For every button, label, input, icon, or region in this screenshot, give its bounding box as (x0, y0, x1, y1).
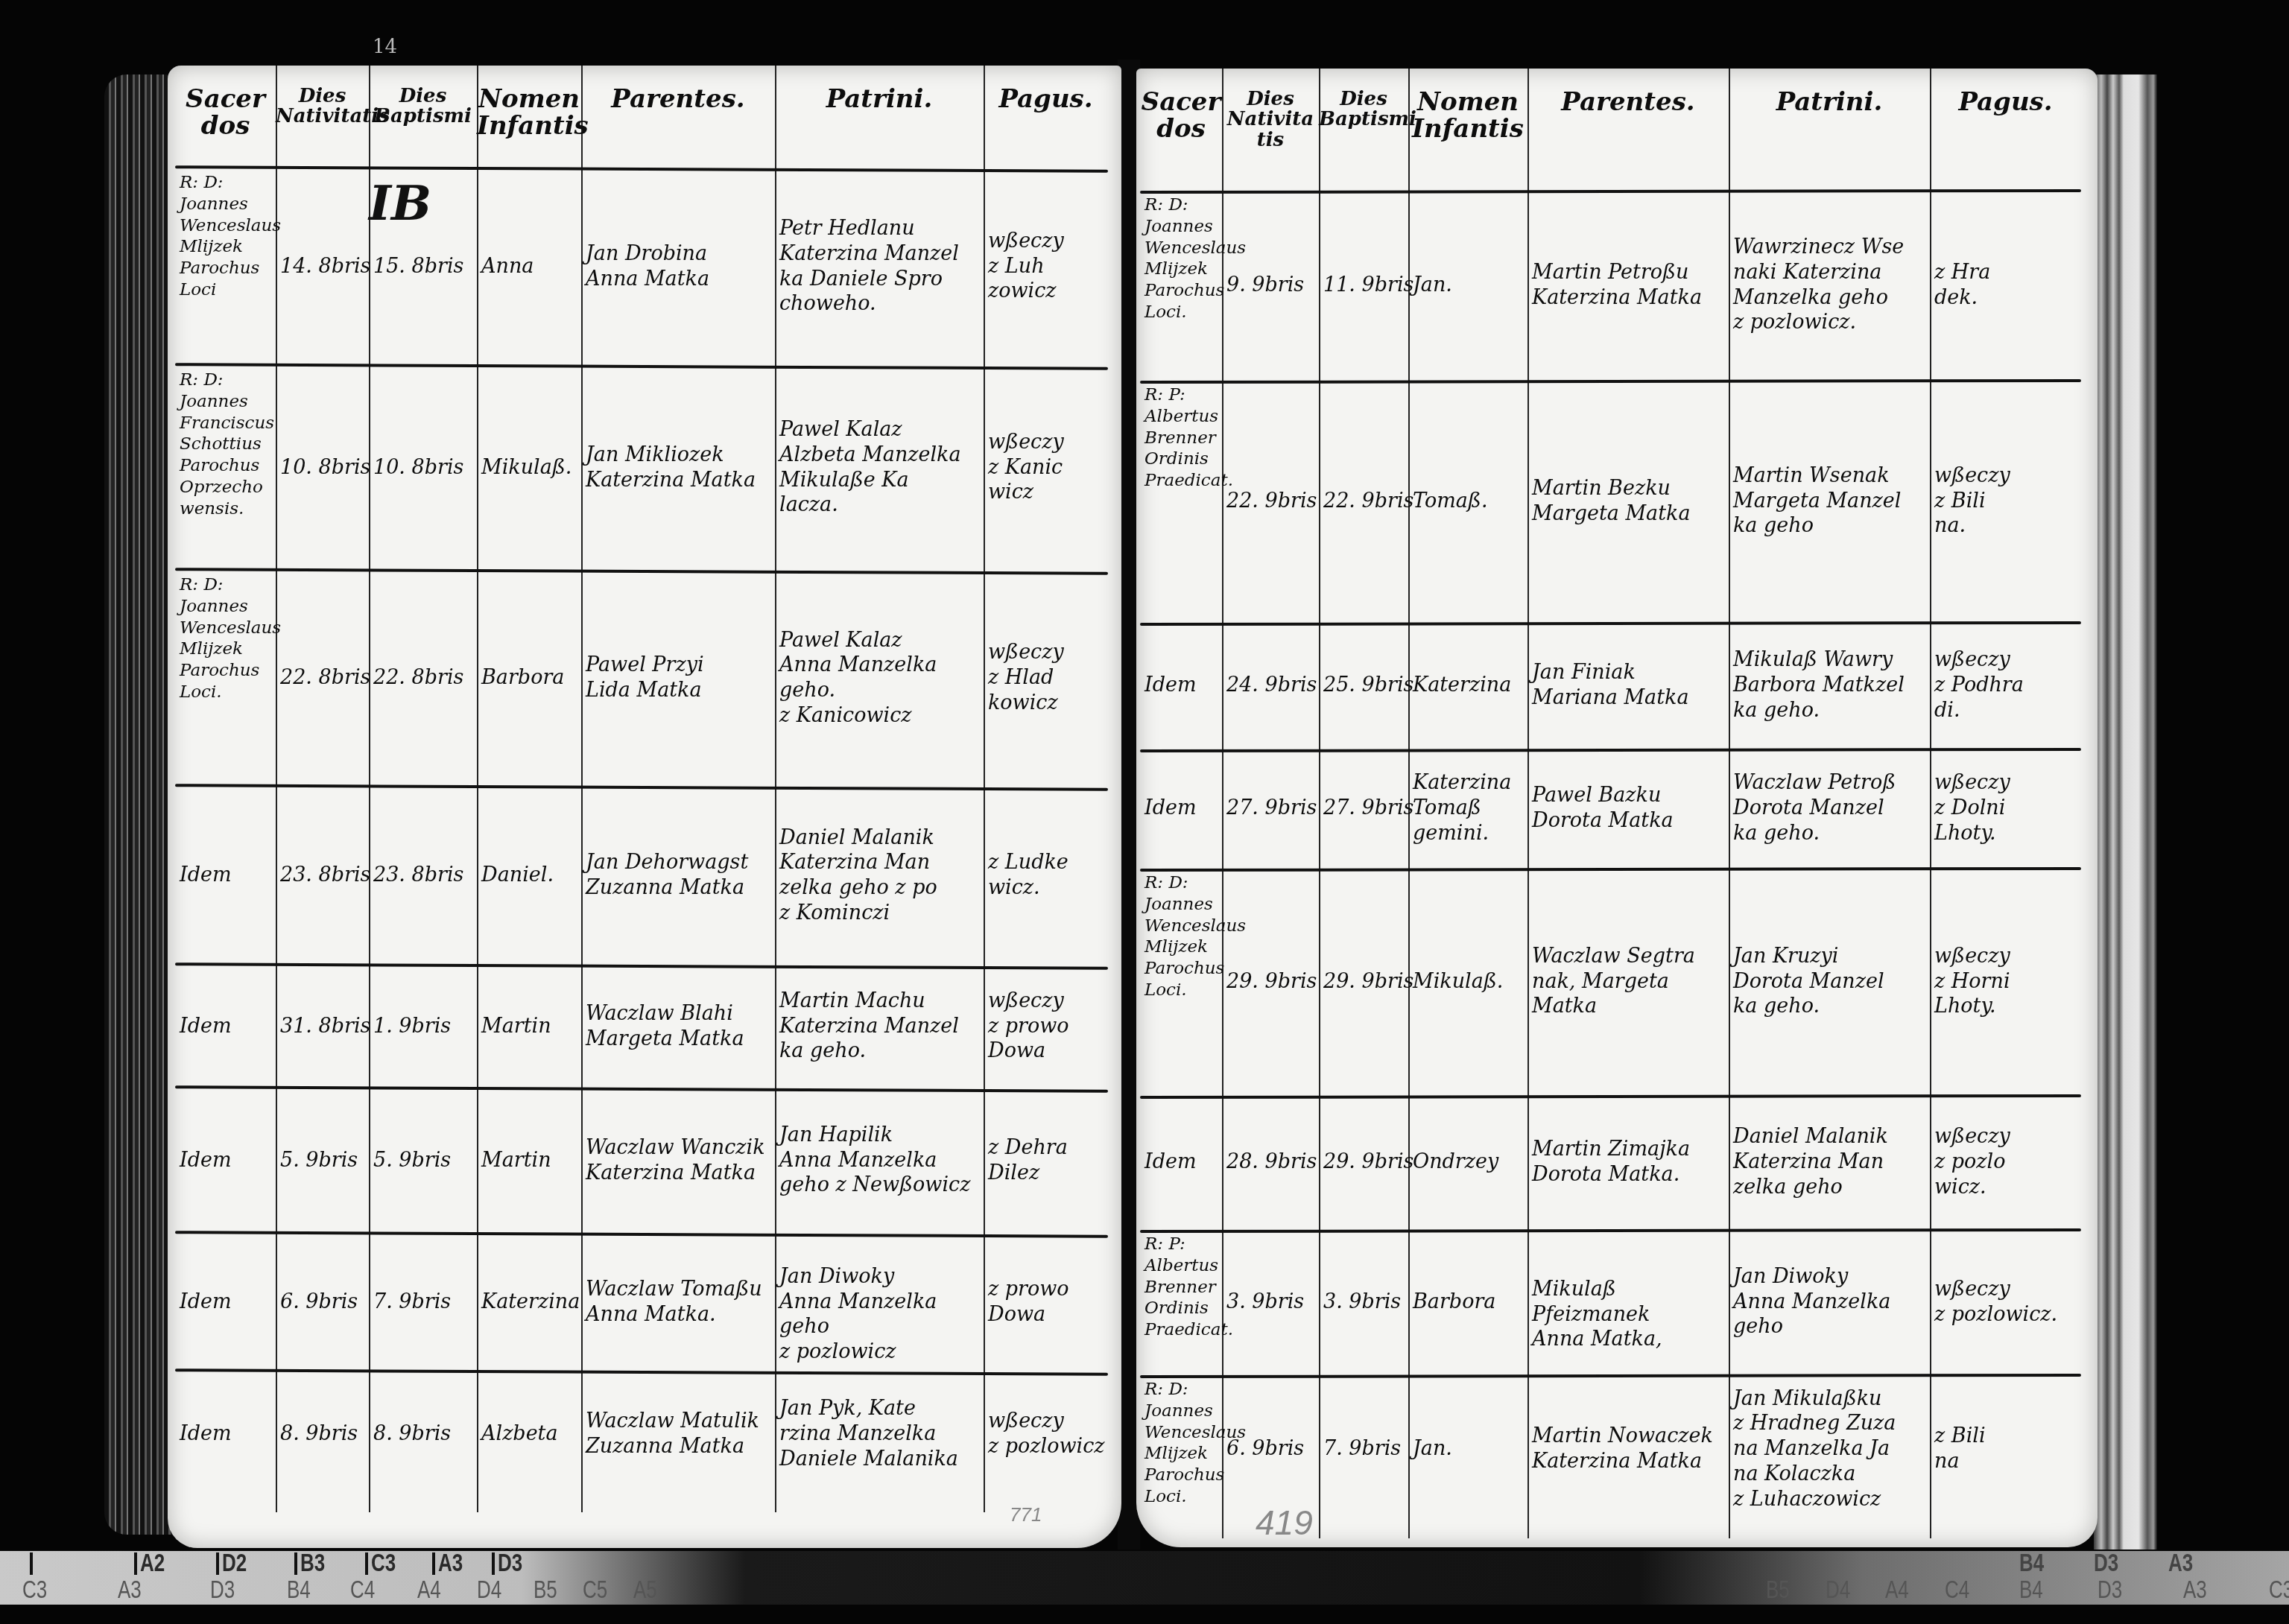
sacerdos-cell: R: D: Joannes Wenceslaus Mlijzek Parochu… (1144, 194, 1219, 323)
village-cell: z Hra dek. (1934, 260, 2078, 311)
bottom-mark: 771 (1010, 1503, 1042, 1526)
birth-date-cell: 22. 8bris (280, 665, 366, 691)
godparents-cell: Jan Diwoky Anna Manzelka geho (1733, 1264, 1927, 1339)
godparents-cell: Pawel Kalaz Alzbeta Manzelka Mikulaße Ka… (779, 417, 981, 518)
row-rule (175, 784, 1108, 790)
ruler-label: C4 (1945, 1574, 1969, 1604)
godparents-cell: Pawel Kalaz Anna Manzelka geho. z Kanico… (779, 628, 981, 729)
village-cell: wßeczy z pozlo wicz. (1934, 1124, 2078, 1199)
baptism-date-cell: 22. 8bris (373, 665, 474, 691)
header-sacerdos: Sacer dos (175, 86, 276, 139)
ruler-tick (30, 1552, 33, 1575)
birth-date-cell: 9. 9bris (1226, 273, 1316, 298)
header-patrini: Patrini. (1729, 89, 1930, 116)
child-name-cell: Daniel. (481, 863, 578, 888)
village-cell: wßeczy z Dolni Lhoty. (1934, 770, 2078, 846)
ruler-label: D3 (210, 1574, 235, 1604)
birth-date-cell: 29. 9bris (1226, 969, 1316, 995)
village-cell: z Bili na (1934, 1424, 2078, 1474)
left-page: Sacer dosDies NativitatisDies BaptismiNo… (168, 66, 1121, 1548)
left-register-table: Sacer dosDies NativitatisDies BaptismiNo… (168, 66, 1121, 1548)
godparents-cell: Daniel Malanik Katerzina Man zelka geho (1733, 1124, 1927, 1199)
sacerdos-cell: R: D: Joannes Wenceslaus Mlijzek Parochu… (1144, 872, 1219, 1001)
baptism-date-cell: 10. 8bris (373, 455, 474, 480)
baptism-date-cell: 1. 9bris (373, 1014, 474, 1039)
ruler-tick (365, 1552, 368, 1575)
header-parentes: Parentes. (581, 86, 775, 113)
child-name-cell: Ondrzey (1413, 1149, 1525, 1175)
column-rule (1319, 69, 1320, 1538)
godparents-cell: Martin Wsenak Margeta Manzel ka geho (1733, 463, 1927, 539)
column-rule (477, 66, 478, 1512)
village-cell: wßeczy z prowo Dowa (988, 989, 1105, 1064)
column-rule (1729, 69, 1730, 1538)
header-dies-nativitatis: Dies Nativitatis (276, 86, 369, 127)
parents-cell: Waczlaw Matulik Zuzanna Matka (586, 1409, 772, 1459)
birth-date-cell: 28. 9bris (1226, 1149, 1316, 1175)
birth-date-cell: 6. 9bris (1226, 1436, 1316, 1462)
column-rule (581, 66, 583, 1512)
village-cell: z Ludke wicz. (988, 850, 1105, 901)
folio-number: 419 (1256, 1503, 1313, 1543)
ruler-label: A3 (2183, 1574, 2207, 1604)
parents-cell: Waczlaw Segtra nak, Margeta Matka (1532, 944, 1726, 1019)
godparents-cell: Jan Mikulaßku z Hradneg Zuza na Manzelka… (1733, 1386, 1927, 1512)
ruler-tick (134, 1552, 137, 1575)
header-parentes: Parentes. (1527, 89, 1729, 116)
village-cell: wßeczy z pozlowicz (988, 1409, 1105, 1459)
parents-cell: Martin Zimajka Dorota Matka. (1532, 1137, 1726, 1187)
ruler-label: B4 (2019, 1547, 2044, 1577)
sacerdos-cell: R: P: Albertus Brenner Ordinis Praedicat… (1144, 1234, 1219, 1341)
ruler-label: D3 (2094, 1547, 2118, 1577)
birth-date-cell: 10. 8bris (280, 455, 366, 480)
sacerdos-cell: Idem (180, 1148, 273, 1173)
godparents-cell: Martin Machu Katerzina Manzel ka geho. (779, 989, 981, 1064)
ruler-label: C3 (2269, 1574, 2289, 1604)
header-sacerdos: Sacer dos (1140, 89, 1222, 142)
ruler-label: A4 (1885, 1574, 1909, 1604)
page-stamp: IB (369, 176, 431, 232)
parents-cell: Waczlaw Blahi Margeta Matka (586, 1001, 772, 1052)
child-name-cell: Katerzina Tomaß gemini. (1413, 770, 1525, 846)
page-edges-right (2094, 74, 2157, 1550)
godparents-cell: Jan Hapilik Anna Manzelka geho z Newßowi… (779, 1123, 981, 1198)
ruler-label: C4 (350, 1574, 375, 1604)
ruler-label: A2 (140, 1547, 165, 1577)
ruler-label: A3 (2168, 1547, 2193, 1577)
child-name-cell: Martin (481, 1148, 578, 1173)
ruler-label: B5 (1766, 1574, 1790, 1604)
birth-date-cell: 23. 8bris (280, 863, 366, 888)
row-rule (1140, 621, 2081, 626)
village-cell: wßeczy z Horni Lhoty. (1934, 944, 2078, 1019)
parents-cell: Pawel Bazku Dorota Matka (1532, 783, 1726, 834)
right-page: Sacer dosDies Nativita tisDies BaptismiN… (1136, 69, 2098, 1547)
ruler-label: A5 (633, 1574, 657, 1604)
parents-cell: Mikulaß Pfeizmanek Anna Matka, (1532, 1277, 1726, 1352)
birth-date-cell: 24. 9bris (1226, 673, 1316, 698)
sacerdos-cell: R: D: Joannes Wenceslaus Mlijzek Parochu… (1144, 1379, 1219, 1508)
village-cell: wßeczy z Hlad kowicz (988, 640, 1105, 715)
ruler-label: D3 (2098, 1574, 2122, 1604)
header-nomen-infantis: Nomen Infantis (477, 86, 581, 139)
row-rule (1140, 1228, 2081, 1233)
birth-date-cell: 31. 8bris (280, 1014, 366, 1039)
birth-date-cell: 14. 8bris (280, 254, 366, 279)
sacerdos-cell: Idem (180, 863, 273, 888)
ruler-label: C3 (371, 1547, 396, 1577)
village-cell: wßeczy z pozlowicz. (1934, 1277, 2078, 1328)
child-name-cell: Anna (481, 254, 578, 279)
ruler-tick (492, 1552, 495, 1575)
right-register-table: Sacer dosDies Nativita tisDies BaptismiN… (1136, 69, 2098, 1547)
sacerdos-cell: Idem (1144, 796, 1219, 821)
row-rule (175, 1368, 1108, 1375)
godparents-cell: Jan Diwoky Anna Manzelka geho z pozlowic… (779, 1264, 981, 1365)
ruler-label: D4 (1826, 1574, 1850, 1604)
ruler-tick (216, 1552, 219, 1575)
row-rule (1140, 1094, 2081, 1099)
row-rule (1140, 1374, 2081, 1378)
baptism-date-cell: 7. 9bris (1323, 1436, 1405, 1462)
sacerdos-cell: Idem (180, 1290, 273, 1315)
baptism-date-cell: 27. 9bris (1323, 796, 1405, 821)
baptism-date-cell: 3. 9bris (1323, 1290, 1405, 1315)
header-dies-nativitatis: Dies Nativita tis (1222, 89, 1319, 150)
microfilm-ruler: A2D2B3C3A3D3B4D3A3 C3A3D3B4C4A4D4B5C5A5B… (0, 1551, 2289, 1605)
baptism-date-cell: 22. 9bris (1323, 489, 1405, 514)
child-name-cell: Martin (481, 1014, 578, 1039)
ruler-label: D4 (477, 1574, 501, 1604)
sacerdos-cell: R: D: Joannes Franciscus Schottius Paroc… (180, 369, 273, 519)
ruler-label: C5 (583, 1574, 607, 1604)
baptism-date-cell: 29. 9bris (1323, 1149, 1405, 1175)
ruler-label: D3 (498, 1547, 522, 1577)
child-name-cell: Barbora (481, 665, 578, 691)
ruler-label: A3 (118, 1574, 142, 1604)
parents-cell: Pawel Przyi Lida Matka (586, 653, 772, 703)
row-rule (1140, 379, 2081, 384)
baptism-date-cell: 29. 9bris (1323, 969, 1405, 995)
row-rule (175, 363, 1108, 369)
ruler-label: A4 (417, 1574, 441, 1604)
ruler-label: C3 (22, 1574, 47, 1604)
row-rule (175, 1231, 1108, 1237)
header-pagus: Pagus. (984, 86, 1108, 113)
ruler-bottom-row: C3A3D3B4C4A4D4B5C5A5B5D4A4C4B4D3A3C3 (0, 1578, 2289, 1603)
baptism-date-cell: 23. 8bris (373, 863, 474, 888)
parents-cell: Jan Mikliozek Katerzina Matka (586, 443, 772, 493)
sacerdos-cell: R: P: Albertus Brenner Ordinis Praedicat… (1144, 384, 1219, 492)
godparents-cell: Mikulaß Wawry Barbora Matkzel ka geho. (1733, 647, 1927, 723)
ruler-label: B5 (534, 1574, 557, 1604)
parents-cell: Waczlaw Wanczik Katerzina Matka (586, 1135, 772, 1186)
row-rule (175, 1085, 1108, 1092)
parents-cell: Waczlaw Tomaßu Anna Matka. (586, 1277, 772, 1328)
village-cell: wßeczy z Podhra di. (1934, 647, 2078, 723)
top-mark: 14 (373, 36, 397, 58)
village-cell: wßeczy z Kanic wicz (988, 430, 1105, 505)
baptism-date-cell: 7. 9bris (373, 1290, 474, 1315)
godparents-cell: Daniel Malanik Katerzina Man zelka geho … (779, 825, 981, 926)
header-patrini: Patrini. (775, 86, 984, 113)
godparents-cell: Jan Kruzyi Dorota Manzel ka geho. (1733, 944, 1927, 1019)
parents-cell: Martin Nowaczek Katerzina Matka (1532, 1424, 1726, 1474)
header-dies-baptismi: Dies Baptismi (369, 86, 477, 127)
parents-cell: Jan Dehorwagst Zuzanna Matka (586, 850, 772, 901)
child-name-cell: Alzbeta (481, 1421, 578, 1447)
column-rule (369, 66, 370, 1512)
birth-date-cell: 3. 9bris (1226, 1290, 1316, 1315)
sacerdos-cell: Idem (1144, 1149, 1219, 1175)
child-name-cell: Tomaß. (1413, 489, 1525, 514)
village-cell: z prowo Dowa (988, 1277, 1105, 1328)
ruler-top-row: A2D2B3C3A3D3B4D3A3 (0, 1551, 2289, 1576)
godparents-cell: Jan Pyk, Kate rzina Manzelka Daniele Mal… (779, 1396, 981, 1471)
column-rule (1930, 69, 1931, 1538)
header-nomen-infantis: Nomen Infantis (1408, 89, 1527, 142)
ruler-label: D2 (222, 1547, 247, 1577)
sacerdos-cell: R: D: Joannes Wenceslaus Mlijzek Parochu… (180, 172, 273, 301)
child-name-cell: Barbora (1413, 1290, 1525, 1315)
child-name-cell: Mikulaß. (1413, 969, 1525, 995)
child-name-cell: Jan. (1413, 273, 1525, 298)
child-name-cell: Jan. (1413, 1436, 1525, 1462)
village-cell: wßeczy z Luh zowicz (988, 229, 1105, 304)
ruler-tick (432, 1552, 435, 1575)
baptism-date-cell: 8. 9bris (373, 1421, 474, 1447)
godparents-cell: Wawrzinecz Wse naki Katerzina Manzelka g… (1733, 235, 1927, 335)
sacerdos-cell: Idem (180, 1014, 273, 1039)
header-dies-baptismi: Dies Baptismi (1319, 89, 1408, 130)
row-rule (175, 165, 1108, 172)
ruler-label: A3 (438, 1547, 463, 1577)
sacerdos-cell: R: D: Joannes Wenceslaus Mlijzek Parochu… (180, 574, 273, 703)
birth-date-cell: 8. 9bris (280, 1421, 366, 1447)
ruler-tick (294, 1552, 297, 1575)
row-rule (175, 962, 1108, 969)
baptism-date-cell: 5. 9bris (373, 1148, 474, 1173)
baptism-date-cell: 15. 8bris (373, 254, 474, 279)
ruler-label: B3 (300, 1547, 325, 1577)
village-cell: z Dehra Dilez (988, 1135, 1105, 1186)
row-rule (1140, 748, 2081, 752)
book-spine-left (104, 74, 175, 1535)
sacerdos-cell: Idem (180, 1421, 273, 1447)
column-rule (276, 66, 277, 1512)
row-rule (175, 568, 1108, 574)
parents-cell: Martin Petroßu Katerzina Matka (1532, 260, 1726, 311)
ruler-label: B4 (287, 1574, 311, 1604)
parents-cell: Jan Finiak Mariana Matka (1532, 660, 1726, 711)
birth-date-cell: 27. 9bris (1226, 796, 1316, 821)
child-name-cell: Katerzina (481, 1290, 578, 1315)
birth-date-cell: 6. 9bris (280, 1290, 366, 1315)
baptism-date-cell: 11. 9bris (1323, 273, 1405, 298)
child-name-cell: Katerzina (1413, 673, 1525, 698)
row-rule (1140, 189, 2081, 194)
header-pagus: Pagus. (1930, 89, 2081, 116)
ruler-label: B4 (2019, 1574, 2043, 1604)
village-cell: wßeczy z Bili na. (1934, 463, 2078, 539)
sacerdos-cell: Idem (1144, 673, 1219, 698)
parents-cell: Jan Drobina Anna Matka (586, 241, 772, 292)
birth-date-cell: 5. 9bris (280, 1148, 366, 1173)
parents-cell: Martin Bezku Margeta Matka (1532, 476, 1726, 527)
baptism-date-cell: 25. 9bris (1323, 673, 1405, 698)
birth-date-cell: 22. 9bris (1226, 489, 1316, 514)
row-rule (1140, 867, 2081, 872)
godparents-cell: Petr Hedlanu Katerzina Manzel ka Daniele… (779, 216, 981, 317)
column-rule (1527, 69, 1529, 1538)
godparents-cell: Waczlaw Petroß Dorota Manzel ka geho. (1733, 770, 1927, 846)
child-name-cell: Mikulaß. (481, 455, 578, 480)
